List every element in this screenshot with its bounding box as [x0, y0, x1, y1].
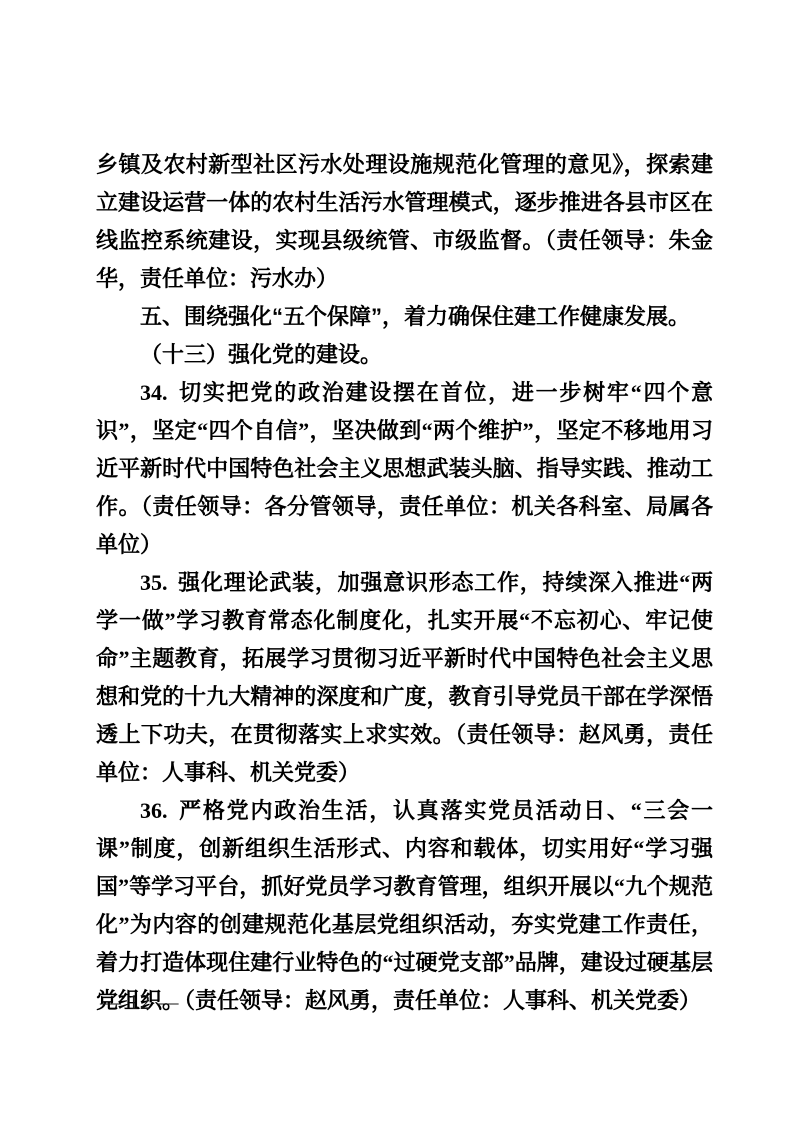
responsibility-note: （责任领导：赵风勇，责任单位：人事科、机关党委）: [184, 988, 701, 1013]
item-number: 35.: [140, 570, 168, 595]
subsection-heading: （十三）强化党的建设。: [96, 336, 713, 374]
list-item-36: 36.严格党内政治生活，认真落实党员活动日、“三会一课”制度，创新组织生活形式、…: [96, 792, 713, 1020]
page-number: — 12 —: [100, 990, 180, 1015]
item-text: 强化理论武装，加强意识形态工作，持续深入推进“两学一做”学习教育常态化制度化，扎…: [96, 570, 713, 747]
item-number: 36.: [140, 798, 168, 823]
responsibility-note: （责任领导：各分管领导，责任单位：机关各科室、局属各单位）: [96, 494, 713, 557]
paragraph-continuation: 乡镇及农村新型社区污水处理设施规范化管理的意见》，探索建立建设运营一体的农村生活…: [96, 146, 713, 298]
section-heading: 五、围绕强化“五个保障”，着力确保住建工作健康发展。: [96, 298, 713, 336]
document-body: 乡镇及农村新型社区污水处理设施规范化管理的意见》，探索建立建设运营一体的农村生活…: [96, 146, 713, 1020]
list-item-35: 35.强化理论武装，加强意识形态工作，持续深入推进“两学一做”学习教育常态化制度…: [96, 564, 713, 792]
item-number: 34.: [140, 380, 168, 405]
item-text: 严格党内政治生活，认真落实党员活动日、“三会一课”制度，创新组织生活形式、内容和…: [96, 798, 713, 1013]
document-page: 乡镇及农村新型社区污水处理设施规范化管理的意见》，探索建立建设运营一体的农村生活…: [0, 0, 793, 1122]
list-item-34: 34.切实把党的政治建设摆在首位，进一步树牢“四个意识”，坚定“四个自信”，坚决…: [96, 374, 713, 564]
